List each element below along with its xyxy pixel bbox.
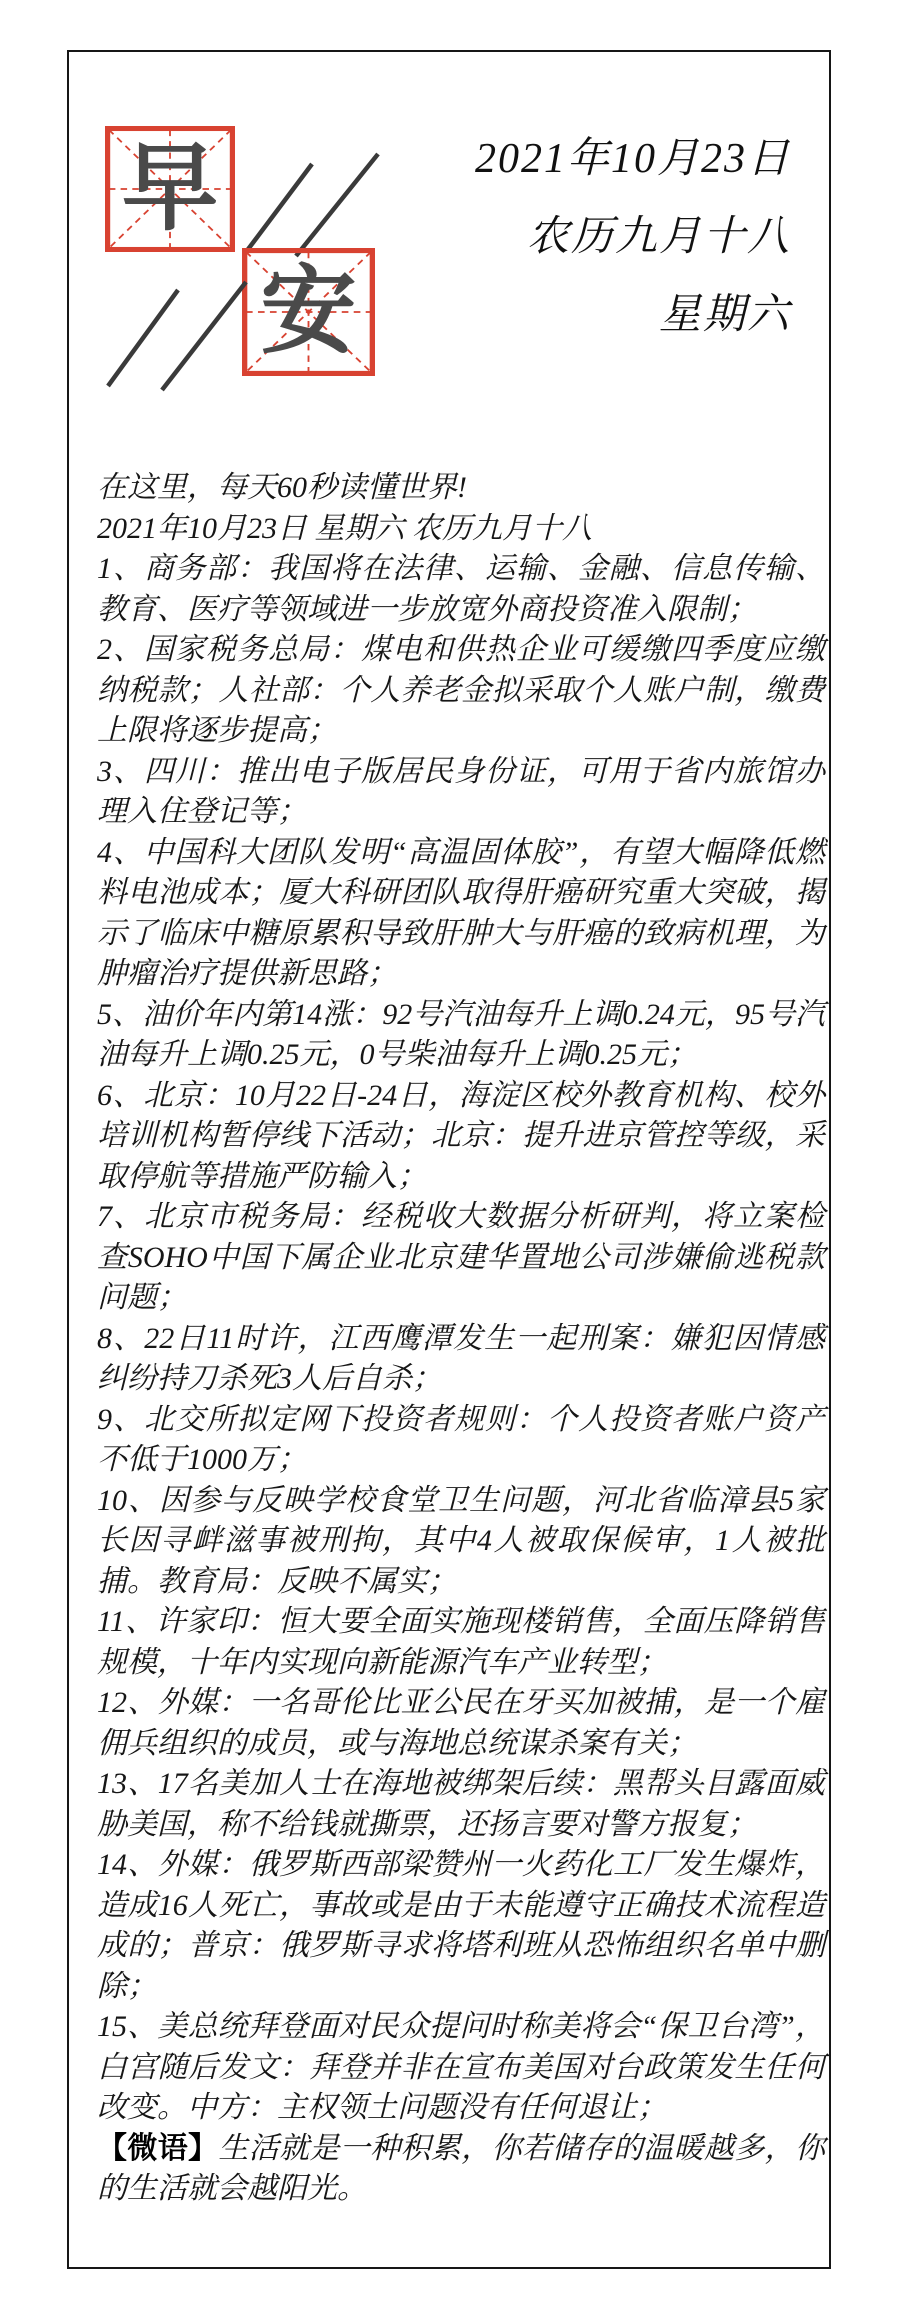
- news-item: 15、美总统拜登面对民众提问时称美将会“保卫台湾”，白宫随后发文：拜登并非在宣布…: [97, 2007, 825, 2129]
- news-item: 4、中国科大团队发明“高温固体胶”，有望大幅降低燃料电池成本；厦大科研团队取得肝…: [97, 833, 825, 995]
- news-item: 1、商务部：我国将在法律、运输、金融、信息传输、教育、医疗等领域进一步放宽外商投…: [97, 549, 825, 630]
- news-item: 8、22日11时许，江西鹰潭发生一起刑案：嫌犯因情感纠纷持刀杀死3人后自杀；: [97, 1319, 825, 1400]
- news-item: 12、外媒：一名哥伦比亚公民在牙买加被捕，是一个雇佣兵组织的成员，或与海地总统谋…: [97, 1683, 825, 1764]
- news-item: 10、因参与反映学校食堂卫生问题，河北省临漳县5家长因寻衅滋事被刑拘，其中4人被…: [97, 1481, 825, 1603]
- weiyu-label: 【微语】: [97, 2132, 218, 2165]
- news-item: 3、四川：推出电子版居民身份证，可用于省内旅馆办理入住登记等；: [97, 752, 825, 833]
- logo-char-zao: 早: [105, 126, 235, 252]
- weiyu-line: 【微语】生活就是一种积累，你若储存的温暖越多，你的生活就会越阳光。: [97, 2129, 825, 2210]
- news-item: 6、北京：10月22日-24日，海淀区校外教育机构、校外培训机构暂停线下活动；北…: [97, 1076, 825, 1198]
- news-item: 2、国家税务总局：煤电和供热企业可缓缴四季度应缴纳税款；人社部：个人养老金拟采取…: [97, 630, 825, 752]
- decorative-slashes-icon: [238, 148, 388, 260]
- header-date-lunar: 农历九月十八: [475, 198, 791, 276]
- news-item: 9、北交所拟定网下投资者规则：个人投资者账户资产不低于1000万；: [97, 1400, 825, 1481]
- news-item: 14、外媒：俄罗斯西部梁赞州一火药化工厂发生爆炸，造成16人死亡，事故或是由于未…: [97, 1845, 825, 2007]
- intro-line: 在这里，每天60秒读懂世界!: [97, 468, 825, 509]
- logo-char-an: 安: [242, 248, 375, 376]
- logo-box-zao: 早: [105, 126, 235, 252]
- decorative-slashes-icon: [100, 268, 252, 394]
- logo-box-an: 安: [242, 248, 375, 376]
- news-item: 7、北京市税务局：经税收大数据分析研判，将立案检查SOHO中国下属企业北京建华置…: [97, 1197, 825, 1319]
- news-item: 13、17名美加人士在海地被绑架后续：黑帮头目露面威胁美国，称不给钱就撕票，还扬…: [97, 1764, 825, 1845]
- news-body: 在这里，每天60秒读懂世界! 2021年10月23日 星期六 农历九月十八 1、…: [97, 468, 825, 2210]
- news-item: 5、油价年内第14涨：92号汽油每升上调0.24元，95号汽油每升上调0.25元…: [97, 995, 825, 1076]
- page-border: 早 安 2021年10月23日 农历九月十八 星期六 在这里，每天60秒读懂世界…: [67, 50, 831, 2269]
- header-date-weekday: 星期六: [475, 276, 791, 354]
- header-date-block: 2021年10月23日 农历九月十八 星期六: [475, 120, 791, 354]
- news-item: 11、许家印：恒大要全面实施现楼销售，全面压降销售规模，十年内实现向新能源汽车产…: [97, 1602, 825, 1683]
- header-date-gregorian: 2021年10月23日: [475, 120, 791, 198]
- date-heading-line: 2021年10月23日 星期六 农历九月十八: [97, 509, 825, 550]
